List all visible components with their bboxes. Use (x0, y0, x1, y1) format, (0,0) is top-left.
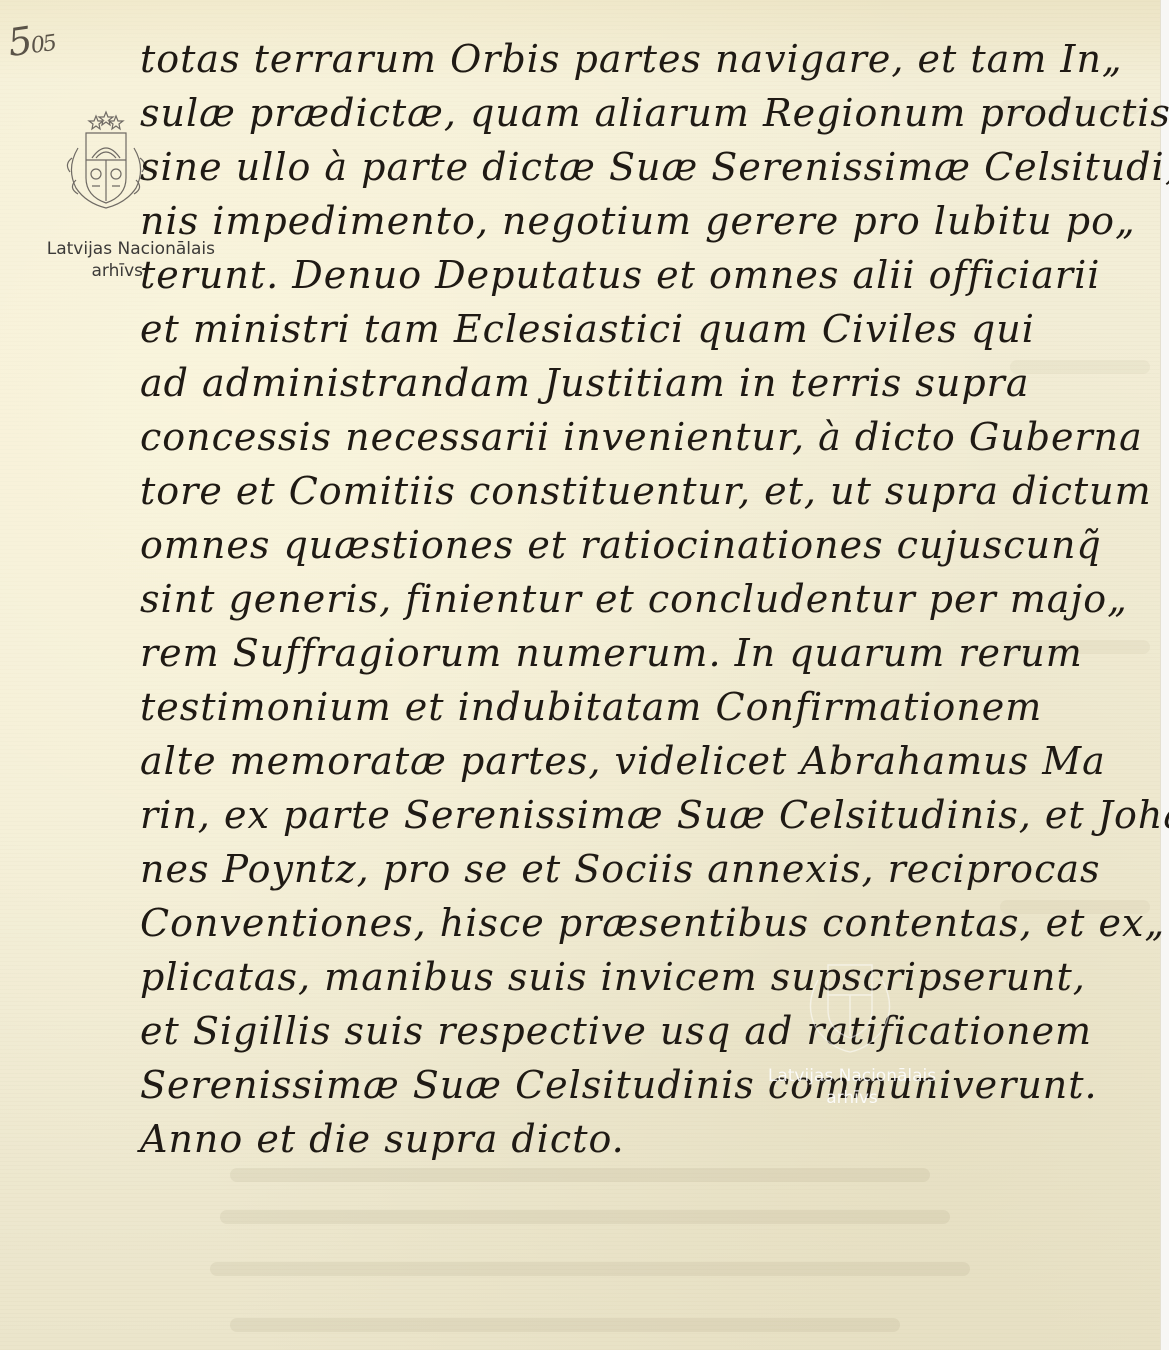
text-line: Anno et die supra dicto. (140, 1112, 1160, 1166)
text-line: et Sigillis suis respective usq ad ratif… (140, 1004, 1160, 1058)
text-line: Serenissimæ Suæ Celsitudinis communiveru… (140, 1058, 1160, 1112)
folio-number-main: 5 (5, 18, 33, 65)
text-line: rem Suffragiorum numerum. In quarum reru… (140, 626, 1160, 680)
text-line: et ministri tam Eclesiastici quam Civile… (140, 302, 1160, 356)
text-line: tore et Comitiis constituentur, et, ut s… (140, 464, 1160, 518)
manuscript-text: totas terrarum Orbis partes navigare, et… (140, 32, 1160, 1166)
text-line: terunt. Denuo Deputatus et omnes alii of… (140, 248, 1160, 302)
text-line: nes Poyntz, pro se et Sociis annexis, re… (140, 842, 1160, 896)
text-line: testimonium et indubitatam Confirmatione… (140, 680, 1160, 734)
latvian-coat-of-arms-icon (58, 108, 153, 228)
text-line: concessis necessarii invenientur, à dict… (140, 410, 1160, 464)
watermark-line2: arhīvs (752, 1087, 952, 1109)
text-line: ad administrandam Justitiam in terris su… (140, 356, 1160, 410)
text-line: omnes quæstiones et ratiocinationes cuju… (140, 518, 1160, 572)
watermark-text: Latvijas Nacionālais arhīvs (752, 1065, 952, 1109)
watermark-line1: Latvijas Nacionālais (752, 1065, 952, 1087)
watermark-coat-of-arms-icon (790, 950, 910, 1060)
text-line: rin, ex parte Serenissimæ Suæ Celsitudin… (140, 788, 1160, 842)
text-line: sine ullo à parte dictæ Suæ Serenissimæ … (140, 140, 1160, 194)
text-line: nis impedimento, negotium gerere pro lub… (140, 194, 1160, 248)
scan-edge (1160, 0, 1169, 1350)
text-line: sulæ prædictæ, quam aliarum Regionum pro… (140, 86, 1160, 140)
text-line: plicatas, manibus suis invicem supscrips… (140, 950, 1160, 1004)
folio-number: 505 (5, 15, 57, 65)
text-line: totas terrarum Orbis partes navigare, et… (140, 32, 1160, 86)
text-line: Conventiones, hisce præsentibus contenta… (140, 896, 1160, 950)
folio-number-suffix: 05 (29, 31, 56, 59)
text-line: alte memoratæ partes, videlicet Abrahamu… (140, 734, 1160, 788)
text-line: sint generis, finientur et concludentur … (140, 572, 1160, 626)
